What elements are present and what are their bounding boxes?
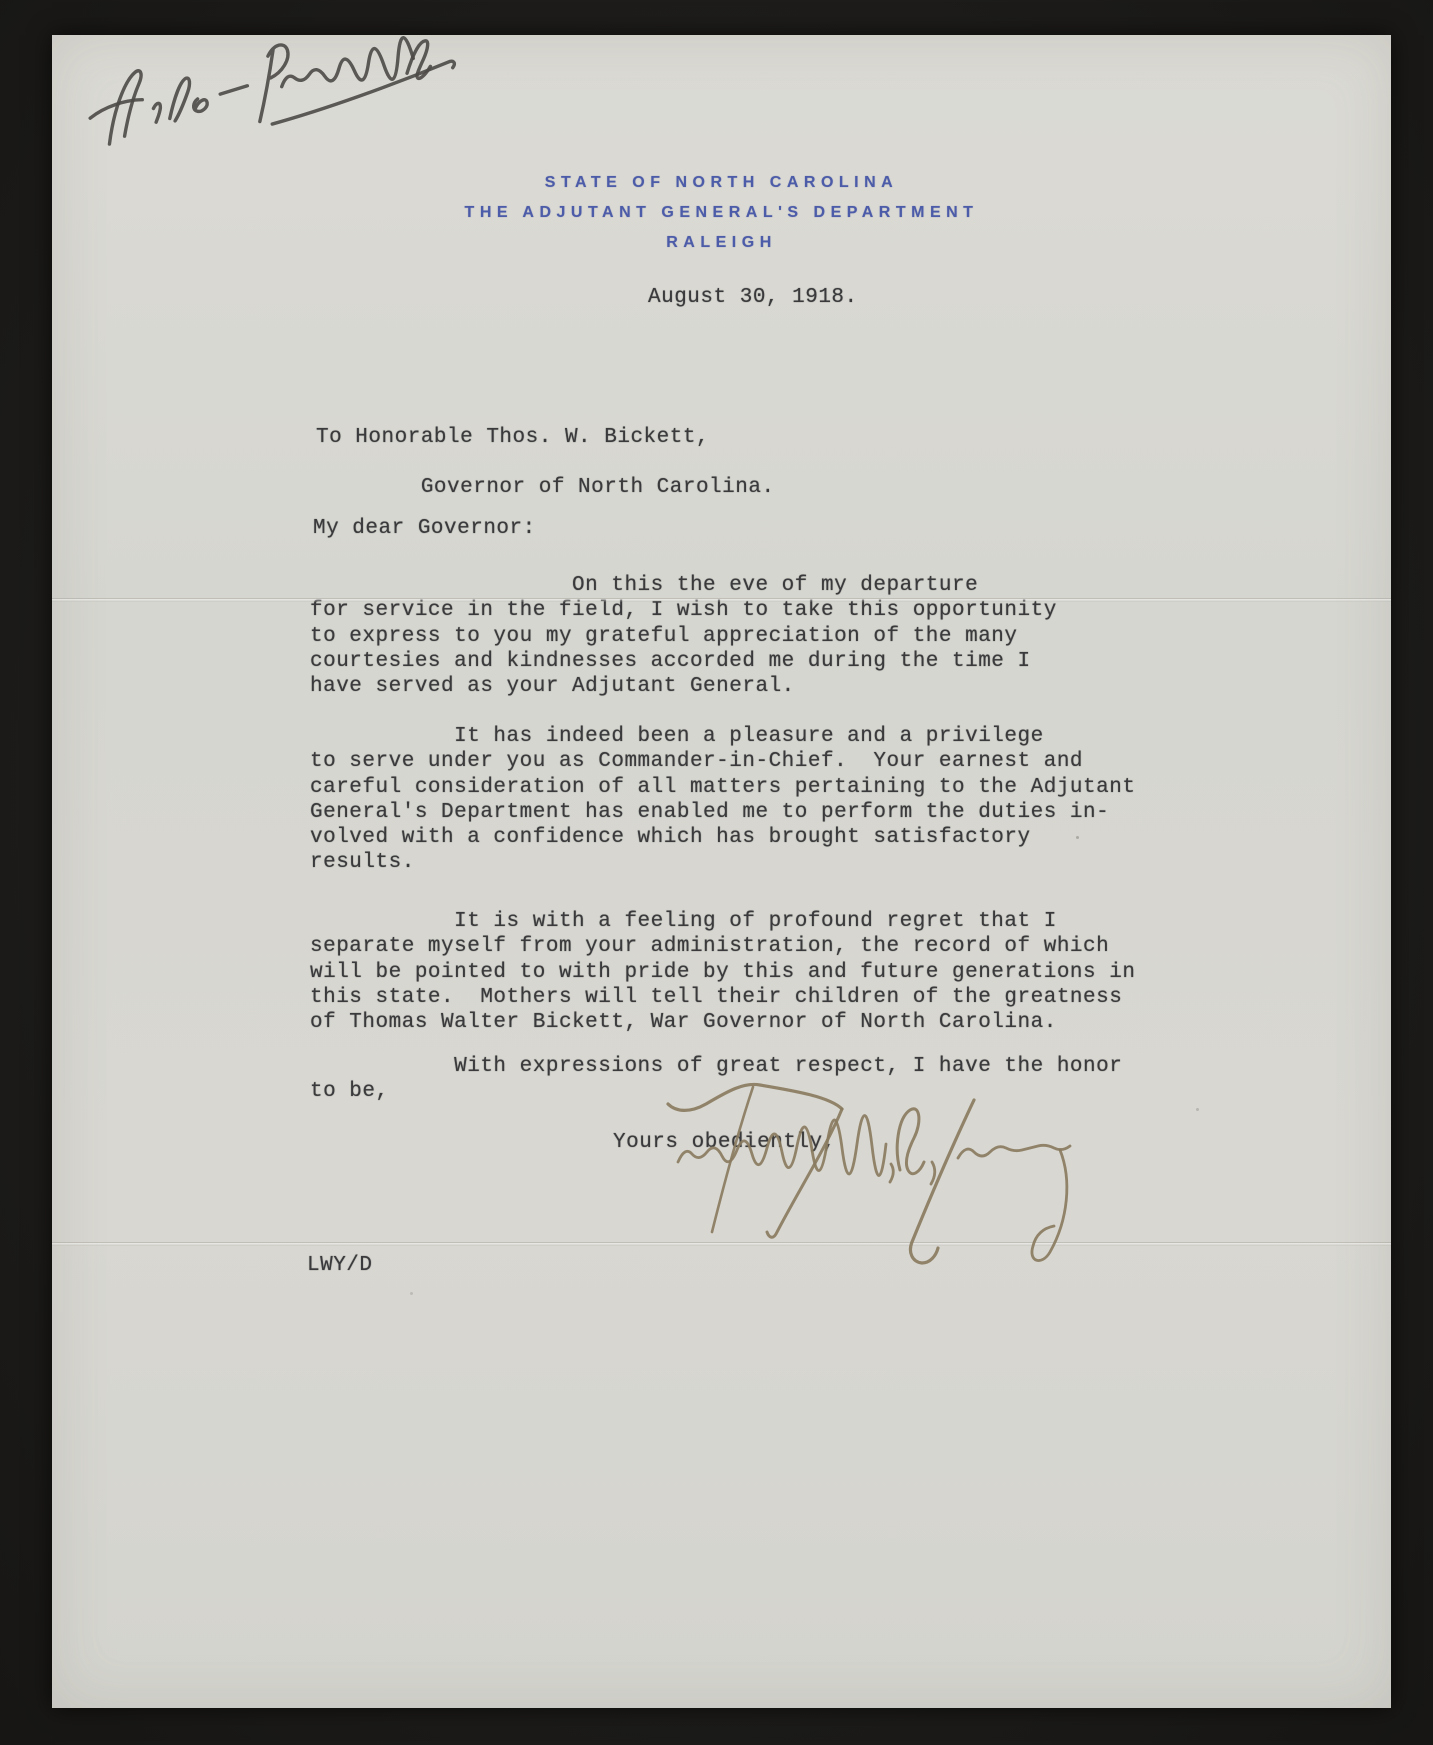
typist-initials: LWY/D [307,1253,373,1278]
recipient-address: To Honorable Thos. W. Bickett, Governor … [316,413,775,513]
signature-stroke [910,1100,974,1263]
letterhead-department-line: THE ADJUTANT GENERAL'S DEPARTMENT [52,198,1391,228]
signature-stroke [897,1109,924,1174]
body-paragraph-3: It is with a feeling of profound regret … [310,909,1135,1035]
annotation-stroke [153,103,162,122]
signature-stroke [890,1164,893,1182]
annotation-stroke [193,98,208,112]
signature-stroke [958,1145,1070,1158]
annotation-stroke [251,44,296,121]
body-paragraph-4: With expressions of great respect, I hav… [310,1054,1122,1105]
fold-crease-lower [52,1242,1391,1246]
annotation-stroke [267,61,459,124]
annotation-stroke [165,78,194,122]
valediction: Yours obediently, [613,1130,836,1155]
paper-speck [1076,836,1079,839]
letterhead-state-line: STATE OF NORTH CAROLINA [52,168,1391,198]
annotation-stroke [220,86,248,94]
signature-stroke [767,1109,842,1237]
letterhead: STATE OF NORTH CAROLINA THE ADJUTANT GEN… [52,168,1391,258]
body-paragraph-1: On this the eve of my departure for serv… [310,573,1057,699]
handwritten-annotation [74,1,537,175]
letter-page: STATE OF NORTH CAROLINA THE ADJUTANT GEN… [52,35,1391,1708]
signature-stroke [931,1162,935,1184]
body-paragraph-2: It has indeed been a pleasure and a priv… [310,724,1135,876]
salutation: My dear Governor: [313,516,536,541]
scanned-letter-view: { "annotation": { "text": "File - Person… [0,0,1433,1745]
date-line: August 30, 1918. [648,285,858,310]
signature-stroke [712,1087,753,1232]
fold-crease-upper [52,598,1391,602]
letterhead-city-line: RALEIGH [52,228,1391,258]
